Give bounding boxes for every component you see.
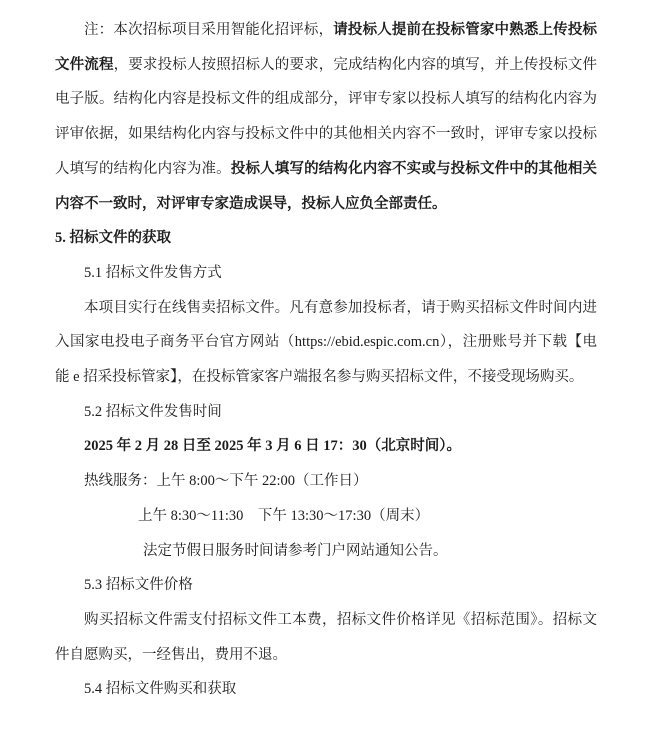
section-5-heading: 5. 招标文件的获取 [55, 221, 597, 256]
section-5-1-heading: 5.1 招标文件发售方式 [55, 256, 597, 291]
hotline-holiday-line: 法定节假日服务时间请参考门户网站通知公告。 [55, 534, 597, 569]
sale-period-line: 2025 年 2 月 28 日至 2025 年 3 月 6 日 17：30（北京… [55, 429, 597, 464]
text-segment: 注：本次招标项目采用智能化招评标， [84, 22, 333, 38]
section-5-1-body: 本项目实行在线售卖招标文件。凡有意参加投标者，请于购买招标文件时间内进入国家电投… [55, 291, 597, 395]
note-paragraph: 注：本次招标项目采用智能化招评标，请投标人提前在投标管家中熟悉上传投标文件流程，… [55, 13, 597, 221]
section-5-4-heading: 5.4 招标文件购买和获取 [55, 672, 597, 707]
section-5-2-heading: 5.2 招标文件发售时间 [55, 395, 597, 430]
hotline-weekday-line: 热线服务：上午 8:00～下午 22:00（工作日） [55, 464, 597, 499]
text-segment: ，要求投标人按照招标人的要求，完成结构化内容的填写，并上传投标文件电子版。结构化… [55, 57, 597, 177]
document-page: 注：本次招标项目采用智能化招评标，请投标人提前在投标管家中熟悉上传投标文件流程，… [0, 0, 649, 744]
section-5-3-body: 购买招标文件需支付招标文件工本费，招标文件价格详见《招标范围》。招标文件自愿购买… [55, 603, 597, 672]
hotline-weekend-line: 上午 8:30～11:30 下午 13:30～17:30（周末） [55, 499, 597, 534]
section-5-3-heading: 5.3 招标文件价格 [55, 568, 597, 603]
